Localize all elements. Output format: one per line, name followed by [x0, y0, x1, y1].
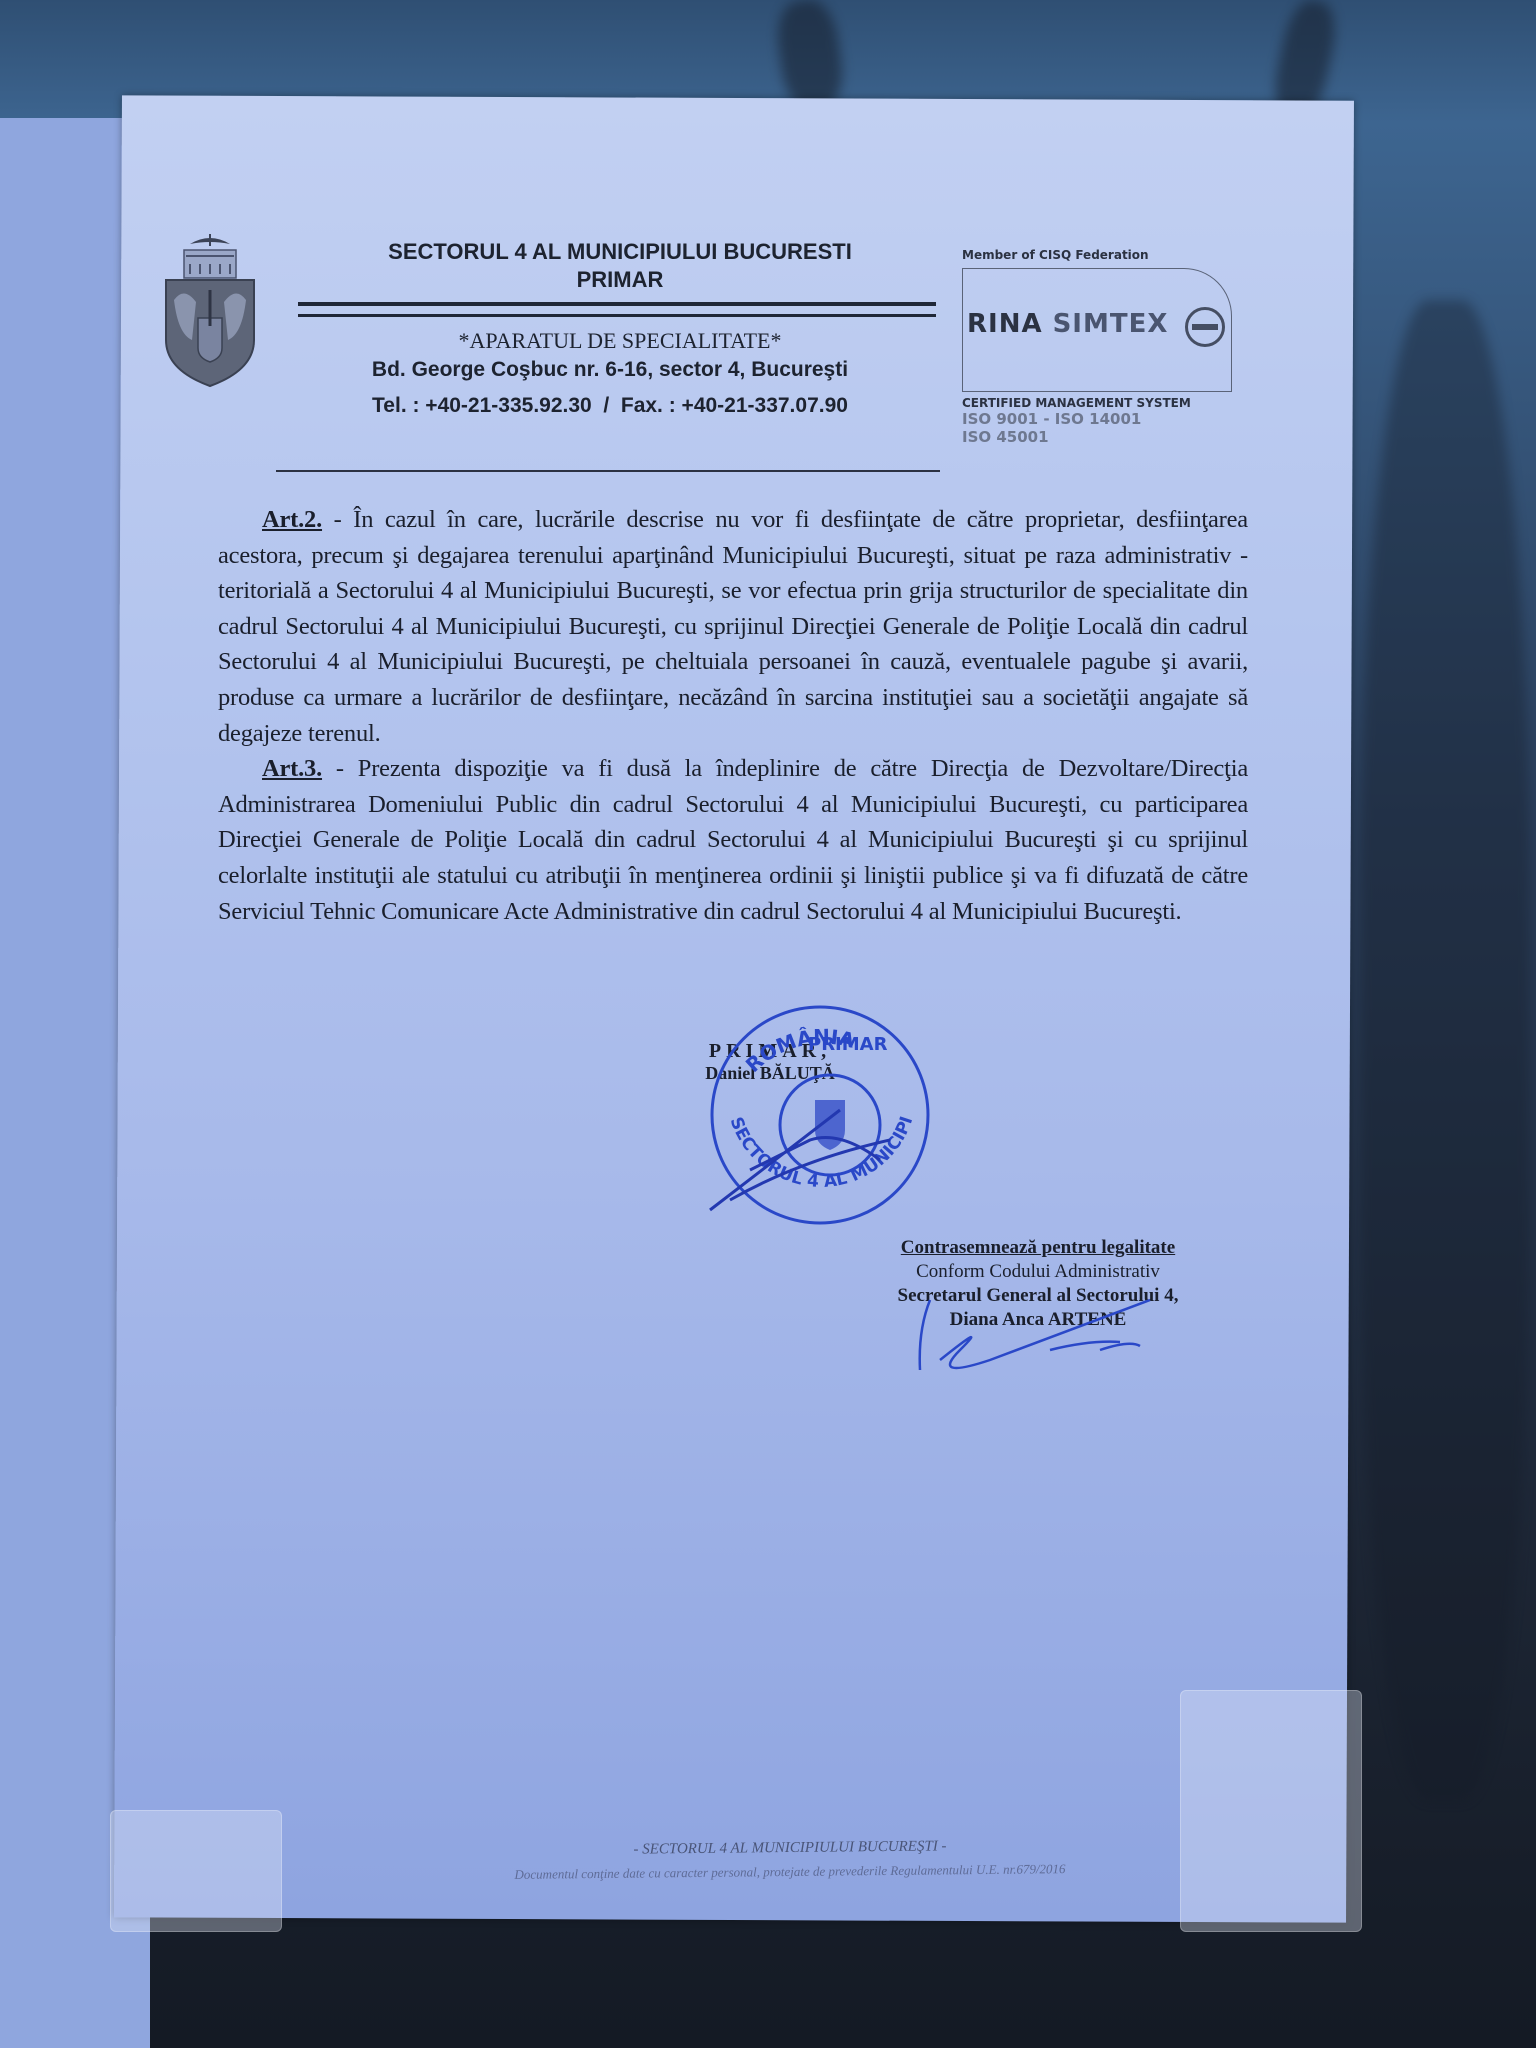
rina-simtex-logo: RINASIMTEX [967, 309, 1168, 339]
iqnet-seal-icon [1185, 307, 1225, 347]
article-2: Art.2. - În cazul în care, lucrările des… [218, 502, 1248, 751]
tape-strip [1180, 1690, 1362, 1932]
iso-standards-line-2: ISO 45001 [962, 428, 1242, 446]
office-name: PRIMAR [300, 266, 940, 294]
address-line: Bd. George Coşbuc nr. 6-16, sector 4, Bu… [280, 358, 940, 382]
institution-name: SECTORUL 4 AL MUNICIPIULUI BUCURESTI [300, 238, 940, 266]
countersign-heading: Contrasemnează pentru legalitate [868, 1236, 1208, 1260]
letterhead-title: SECTORUL 4 AL MUNICIPIULUI BUCURESTI PRI… [300, 238, 940, 294]
article-3-text: - Prezenta dispoziţie va fi dusă la înde… [218, 755, 1248, 924]
article-3-label: Art.3. [262, 755, 322, 782]
stamp-middle-text: PRIMAR [808, 1034, 888, 1055]
department-name: *APARATUL DE SPECIALITATE* [300, 328, 940, 354]
header-rule-top [298, 302, 936, 306]
header-rule-bottom [298, 314, 936, 317]
rina-logo-text: RINA [967, 309, 1043, 339]
certification-block: Member of CISQ Federation RINASIMTEX CER… [962, 248, 1242, 446]
background-branch [773, 0, 848, 114]
letterhead-divider [276, 470, 940, 472]
contact-line: Tel. : +40-21-335.92.30 / Fax. : +40-21-… [280, 394, 940, 418]
tape-strip [110, 1810, 282, 1932]
handwritten-signature-icon [900, 1280, 1160, 1380]
article-2-label: Art.2. [262, 506, 322, 533]
cisq-member-label: Member of CISQ Federation [962, 248, 1242, 262]
document-body: Art.2. - În cazul în care, lucrările des… [218, 502, 1248, 929]
certified-system-label: CERTIFIED MANAGEMENT SYSTEM [962, 396, 1242, 410]
article-2-text: - În cazul în care, lucrările descrise n… [218, 506, 1248, 747]
official-stamp-icon: ROMÂNIA SECTORUL 4 AL MUNICIPIULUI BUCUR… [690, 990, 950, 1230]
background-branch [1360, 300, 1530, 1800]
certification-logo-box: RINASIMTEX [962, 268, 1232, 392]
article-3: Art.3. - Prezenta dispoziţie va fi dusă … [218, 751, 1248, 929]
coat-of-arms-icon [160, 230, 260, 390]
simtex-logo-text: SIMTEX [1053, 309, 1169, 339]
iso-standards-line-1: ISO 9001 - ISO 14001 [962, 410, 1242, 428]
